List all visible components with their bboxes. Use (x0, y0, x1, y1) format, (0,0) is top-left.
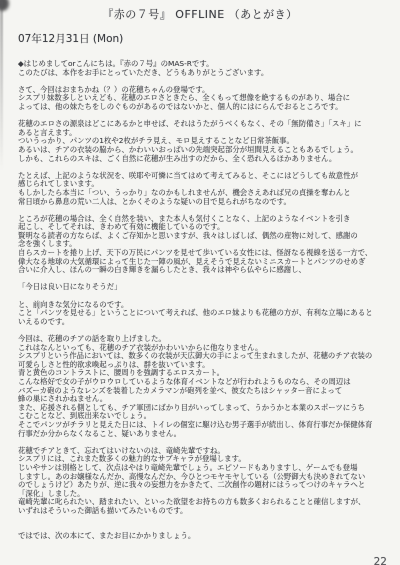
paragraph-kaho-natural: ところが花穂の場合は、全く自然を装い、また本人も気付くことなく、上記のようなイベ… (18, 215, 388, 275)
paragraph-cheer-outfit: 今回は、花穂のチアの話を取り上げました。 これはなんといっても、花穂のチア衣装が… (18, 335, 388, 438)
paragraph-kaho-intro: さて、今回はおまちかね（？）の花穂ちゃんの登場です。 シスプリ妹数多しといえども… (18, 86, 388, 112)
scan-edge-shadow (0, 0, 3, 170)
page-title: 『赤の７号』 OFFLINE （あとがき） (18, 6, 382, 22)
paragraph-positive-mood: と、前向きな気分になるのです。 こと「パンツを見せる」ということについて考えれば… (18, 301, 388, 327)
paragraph-ryuzaki-senpai: 花穂でチアときて、忘れてはいけないのは、竜崎先輩ですね。 シスプリには、これまた… (18, 447, 388, 516)
paragraph-greeting: ◆はじめましてorこんにちは。『赤の７号』のMAS-Rです。 このたびは、本作を… (18, 60, 388, 77)
page-number: 22 (374, 556, 387, 565)
paragraph-sakuya-karen: たとえば、上記のような状況を、咲耶や可憐に当てはめて考えてみると、そこにはどうし… (18, 172, 388, 206)
afterword-page: 『赤の７号』 OFFLINE （あとがき） 07年12月31日 (Mon) ◆は… (0, 0, 400, 565)
paragraph-closing: ではでは、次の本にて、またお目にかかりましょう。 (18, 532, 388, 541)
paragraph-ero-source: 花穂のエロさの源泉はどこにあるかと申せば、それはうたがうべくもなく、その「無防備… (18, 120, 388, 163)
quote-good-day: 「今日は良い日になりそうだ」 (18, 283, 388, 292)
date-heading: 07年12月31日 (Mon) (18, 31, 388, 46)
